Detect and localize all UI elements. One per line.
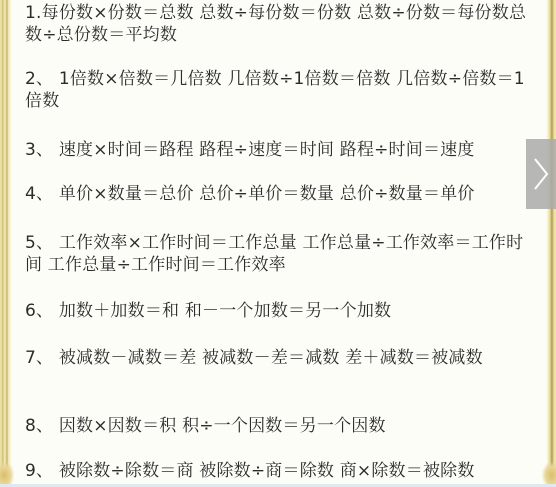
formula-item-1: 1.每份数×份数＝总数 总数÷每份数＝份数 总数÷份数＝每份数总数÷总份数＝平均… — [25, 2, 530, 46]
formula-item-3: 3、 速度×时间＝路程 路程÷速度＝时间 路程÷时间＝速度 — [25, 139, 530, 161]
decorative-frame-left — [0, 0, 12, 487]
corner-ornament-right-icon — [542, 462, 556, 484]
formula-item-7: 7、 被减数－减数＝差 被减数－差＝减数 差＋减数＝被减数 — [25, 347, 530, 369]
chevron-right-icon — [532, 157, 550, 191]
formula-item-6: 6、 加数＋加数＝和 和－一个加数＝另一个加数 — [25, 300, 530, 322]
formula-item-9: 9、 被除数÷除数＝商 被除数÷商＝除数 商×除数＝被除数 — [25, 460, 530, 482]
formula-item-8: 8、 因数×因数＝积 积÷一个因数＝另一个因数 — [25, 415, 530, 437]
next-image-button[interactable] — [526, 139, 556, 209]
formula-item-2: 2、 1倍数×倍数＝几倍数 几倍数÷1倍数＝倍数 几倍数÷倍数＝1倍数 — [25, 68, 530, 112]
decorative-frame-right — [546, 0, 556, 487]
corner-ornament-left-icon — [0, 462, 14, 484]
formula-item-5: 5、 工作效率×工作时间＝工作总量 工作总量÷工作效率＝工作时间 工作总量÷工作… — [25, 232, 530, 276]
formula-item-4: 4、 单价×数量＝总价 总价÷单价＝数量 总价÷数量＝单价 — [25, 183, 530, 205]
